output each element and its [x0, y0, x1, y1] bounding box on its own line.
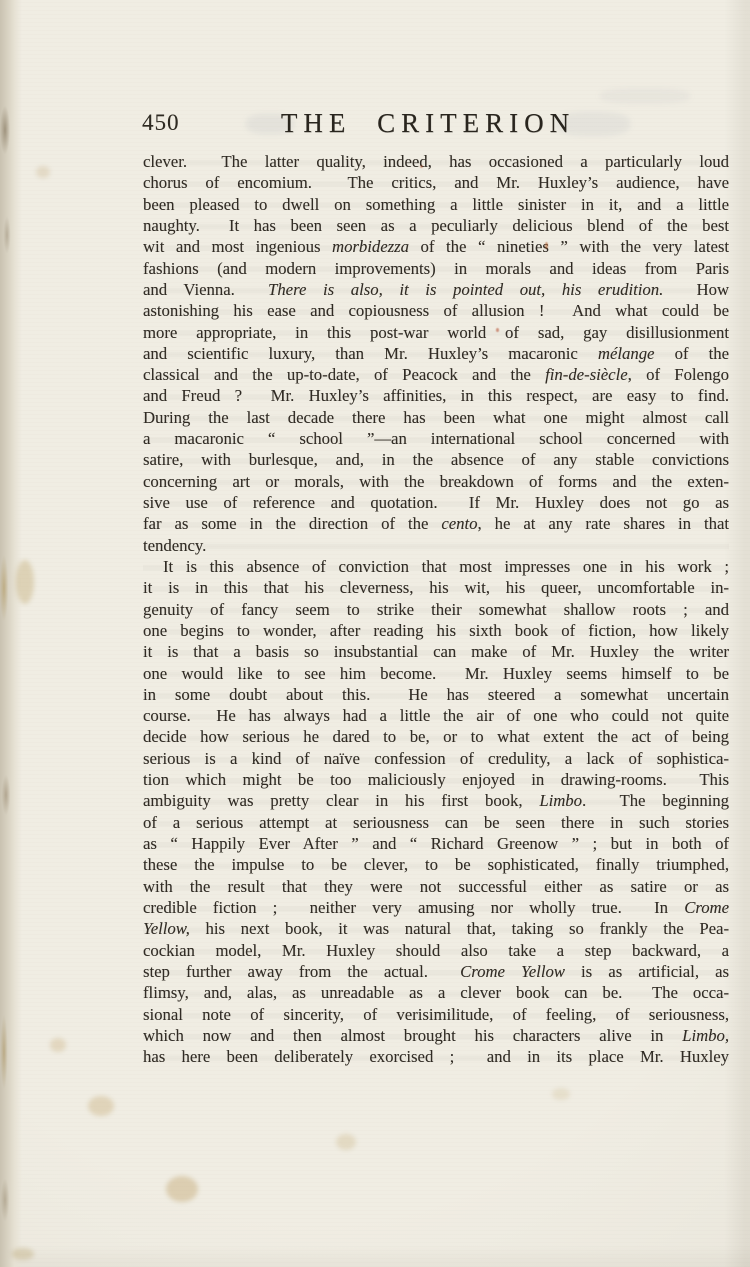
text-line: as “ Happily Ever After ” and “ Richard … [143, 833, 729, 854]
text-line: with the result that they were not succe… [143, 876, 729, 897]
text-line: course. He has always had a little the a… [143, 705, 729, 726]
foxing-stain [552, 1088, 570, 1100]
text-line: a macaronic “ school ”—an international … [143, 428, 729, 449]
text-line: it is that a basis so insubstantial can … [143, 641, 729, 662]
text-line: more appropriate, in this post-war world… [143, 322, 729, 343]
foxing-stain [50, 1038, 66, 1052]
page-deckle-edge [0, 0, 22, 1267]
book-page-scan: 450 THE CRITERION clever. The latter qua… [0, 0, 750, 1267]
text-line: fashions (and modern improvements) in mo… [143, 258, 729, 279]
text-line: these the impulse to be clever, to be so… [143, 854, 729, 875]
text-line: which now and then almost brought his ch… [143, 1025, 729, 1046]
text-line: been pleased to dwell on something a lit… [143, 194, 729, 215]
text-line: ambiguity was pretty clear in his first … [143, 790, 729, 811]
text-line: in some doubt about this. He has steered… [143, 684, 729, 705]
text-line: sional note of sincerity, of verisimilit… [143, 1004, 729, 1025]
text-line: astonishing his ease and copiousness of … [143, 300, 729, 321]
text-line: has here been deliberately exorcised ; a… [143, 1046, 729, 1067]
text-line: of a serious attempt at seriousness can … [143, 812, 729, 833]
text-line: chorus of encomium. The critics, and Mr.… [143, 172, 729, 193]
foxing-stain [166, 1176, 198, 1202]
text-line: far as some in the direction of the cent… [143, 513, 729, 534]
text-line: one begins to wonder, after reading his … [143, 620, 729, 641]
text-line: and scientific luxury, than Mr. Huxley’s… [143, 343, 729, 364]
text-line: credible fiction ; neither very amusing … [143, 897, 729, 918]
text-line: wit and most ingenious morbidezza of the… [143, 236, 729, 257]
foxing-stain [336, 1134, 356, 1150]
text-line: flimsy, and, alas, as unreadable as a cl… [143, 982, 729, 1003]
foxing-stain [88, 1096, 114, 1116]
body-text: clever. The latter quality, indeed, has … [143, 151, 729, 1067]
text-line: Yellow, his next book, it was natural th… [143, 918, 729, 939]
text-line: satire, with burlesque, and, in the abse… [143, 449, 729, 470]
text-line: clever. The latter quality, indeed, has … [143, 151, 729, 172]
text-line: and Freud ? Mr. Huxley’s affinities, in … [143, 385, 729, 406]
text-line: classical and the up-to-date, of Peacock… [143, 364, 729, 385]
text-line: tion which might be too maliciously enjo… [143, 769, 729, 790]
text-line: serious is a kind of naïve confession of… [143, 748, 729, 769]
text-line: tendency. [143, 535, 729, 556]
text-line: During the last decade there has been wh… [143, 407, 729, 428]
foxing-stain [36, 166, 50, 178]
text-line: cockian model, Mr. Huxley should also ta… [143, 940, 729, 961]
journal-title: THE CRITERION [128, 108, 728, 139]
text-line: step further away from the actual. Crome… [143, 961, 729, 982]
showthrough-smudge [600, 88, 690, 104]
text-line: genuity of fancy seem to strike their so… [143, 599, 729, 620]
text-line: decide how serious he dared to be, or to… [143, 726, 729, 747]
text-line: It is this absence of conviction that mo… [143, 556, 729, 577]
text-line: one would like to see him become. Mr. Hu… [143, 663, 729, 684]
text-line: it is in this that his cleverness, his w… [143, 577, 729, 598]
text-line: concerning art or morals, with the break… [143, 471, 729, 492]
text-line: naughty. It has been seen as a peculiarl… [143, 215, 729, 236]
text-line: sive use of reference and quotation. If … [143, 492, 729, 513]
text-line: and Vienna. There is also, it is pointed… [143, 279, 729, 300]
